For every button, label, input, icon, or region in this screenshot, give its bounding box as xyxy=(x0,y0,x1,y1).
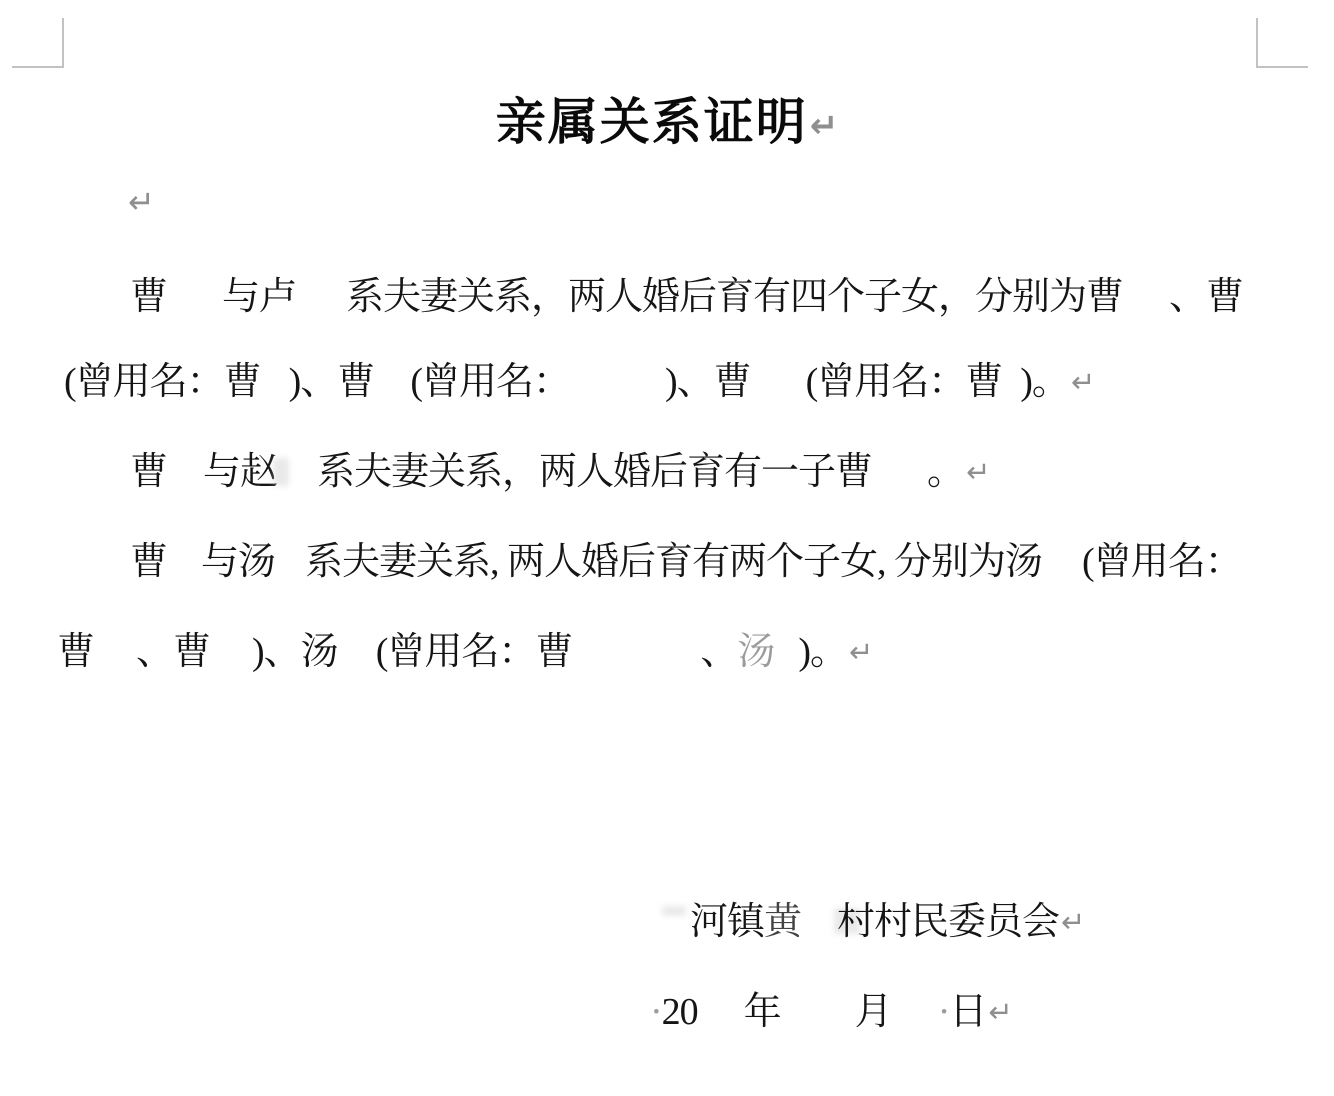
text-segment: (曾用名：曹 xyxy=(376,631,573,673)
redacted-name-gap xyxy=(1002,392,1020,394)
page-title: 亲属关系证明↵ xyxy=(0,82,1334,154)
text-segment: (曾用名： xyxy=(410,361,570,403)
redacted-name-gap xyxy=(167,482,203,484)
redacted-name-gap xyxy=(338,662,376,664)
redacted-name-gap xyxy=(801,932,837,934)
text-segment: (曾用名： xyxy=(1082,541,1242,583)
redacted-name-gap xyxy=(374,392,410,394)
redacted-name-gap xyxy=(572,662,700,664)
body-line-3: 曹与赵系夫妻关系，两人婚后育有一子曹。↵ xyxy=(130,449,990,497)
redacted-date-gap xyxy=(781,1022,855,1024)
date-year-prefix: 20 xyxy=(662,991,698,1033)
redacted-date-gap xyxy=(892,1022,938,1024)
paragraph-mark-icon: ↵ xyxy=(126,186,155,218)
text-segment: 曹 xyxy=(130,541,167,583)
text-segment: )。 xyxy=(1020,361,1069,403)
redacted-name-gap xyxy=(774,662,798,664)
paragraph-mark-icon: ↵ xyxy=(964,455,990,489)
redacted-name-gap xyxy=(751,392,806,394)
redacted-name-gap xyxy=(1042,572,1082,574)
body-line-1: 曹与卢系夫妻关系，两人婚后育有四个子女，分别为曹、曹 xyxy=(130,274,1243,320)
redacted-name-gap xyxy=(167,307,222,309)
text-segment: 。 xyxy=(927,451,964,493)
text-segment: 系夫妻关系, 两人婚后育有两个子女, 分别为汤 xyxy=(305,541,1042,583)
redacted-name-gap xyxy=(570,392,665,394)
margin-crop-mark-left xyxy=(12,18,64,68)
redacted-name-gap xyxy=(1123,307,1169,309)
text-segment: 、曹 xyxy=(1169,276,1243,318)
text-segment: 系夫妻关系，两人婚后育有四个子女，分别为曹 xyxy=(346,276,1123,318)
text-segment: )、曹 xyxy=(289,361,375,403)
space-dot-mark: · xyxy=(650,991,662,1033)
faded-text-segment: 汤 xyxy=(737,631,774,673)
document-page: 亲属关系证明↵ ↵ 曹与卢系夫妻关系，两人婚后育有四个子女，分别为曹、曹 (曾用… xyxy=(0,0,1334,1096)
redacted-name-gap xyxy=(261,392,289,394)
text-segment: )、汤 xyxy=(252,631,338,673)
signature-line: 河镇黄村村民委员会↵ xyxy=(690,899,1085,947)
text-segment: 曹 xyxy=(130,276,167,318)
text-segment: 与卢 xyxy=(222,276,296,318)
text-segment: (曾用名：曹 xyxy=(806,361,1003,403)
redaction-remnant xyxy=(273,458,289,486)
text-segment: )、曹 xyxy=(665,361,751,403)
paragraph-mark-icon: ↵ xyxy=(847,635,873,669)
date-day-label: 日 xyxy=(949,991,986,1033)
redacted-date-gap xyxy=(698,1022,744,1024)
redacted-name-gap xyxy=(167,572,201,574)
redacted-name-gap xyxy=(210,662,252,664)
text-segment: 、 xyxy=(700,631,737,673)
title-text: 亲属关系证明 xyxy=(496,94,808,150)
text-segment: 曹 xyxy=(57,631,94,673)
date-line: ·20年月·日↵ xyxy=(650,989,1013,1037)
space-dot-mark: · xyxy=(938,991,950,1033)
body-line-4: 曹与汤系夫妻关系, 两人婚后育有两个子女, 分别为汤(曾用名： xyxy=(130,539,1242,585)
text-segment: 与赵 xyxy=(203,451,277,493)
margin-crop-mark-right xyxy=(1256,18,1308,68)
date-month-label: 月 xyxy=(855,991,892,1033)
faded-text-segment: 黄 xyxy=(764,901,801,943)
date-year-label: 年 xyxy=(744,991,781,1033)
redacted-name-gap xyxy=(275,572,305,574)
paragraph-mark-icon: ↵ xyxy=(808,106,839,146)
paragraph-mark-icon: ↵ xyxy=(986,995,1012,1029)
redacted-name-gap xyxy=(94,662,136,664)
text-segment: 与汤 xyxy=(201,541,275,583)
text-segment: 系夫妻关系，两人婚后育有一子曹 xyxy=(317,451,872,493)
text-segment: 村村民委员会 xyxy=(837,901,1059,943)
text-segment: (曾用名：曹 xyxy=(64,361,261,403)
text-segment: 、曹 xyxy=(136,631,210,673)
redaction-remnant xyxy=(662,906,686,916)
body-line-2: (曾用名：曹)、曹(曾用名：)、曹(曾用名：曹)。↵ xyxy=(64,359,1095,407)
paragraph-mark-icon: ↵ xyxy=(1069,365,1095,399)
text-segment: 河镇 xyxy=(690,901,764,943)
paragraph-mark-icon: ↵ xyxy=(1059,905,1085,939)
text-segment: )。 xyxy=(798,631,847,673)
body-line-5: 曹、曹)、汤(曾用名：曹、汤)。↵ xyxy=(57,629,873,677)
text-segment: 曹 xyxy=(130,451,167,493)
redacted-name-gap xyxy=(296,307,346,309)
redacted-name-gap xyxy=(872,482,927,484)
